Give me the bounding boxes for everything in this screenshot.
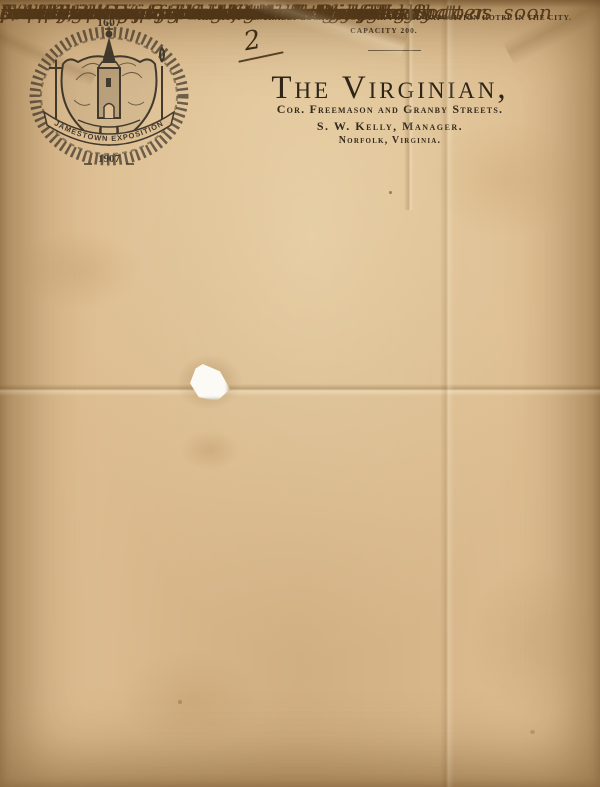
paper-stain xyxy=(120,650,260,750)
ink-speck xyxy=(530,730,535,734)
seal-bottom-year: 1907 xyxy=(98,153,121,165)
letterhead-divider-rule xyxy=(368,50,421,51)
hotel-city: Norfolk, Virginia. xyxy=(178,135,600,146)
hotel-manager: S. W. Kelly, Manager. xyxy=(178,119,600,134)
ink-speck xyxy=(178,700,182,704)
paper-stain xyxy=(180,430,240,470)
paper-stain xyxy=(470,560,590,720)
paper-stain xyxy=(20,230,140,310)
letterhead-capacity: CAPACITY 200. xyxy=(168,26,600,35)
horizontal-fold-crease xyxy=(0,384,600,396)
scanned-letter-page: THE MOST CENTRALLY LOCATED POPULAR PRICE… xyxy=(0,0,600,787)
jamestown-exposition-seal-icon: 1607 xyxy=(18,4,200,174)
ink-speck xyxy=(389,191,392,194)
hotel-address: Cor. Freemason and Granby Streets. xyxy=(178,102,600,117)
paper-top-edge-shading xyxy=(0,0,600,8)
